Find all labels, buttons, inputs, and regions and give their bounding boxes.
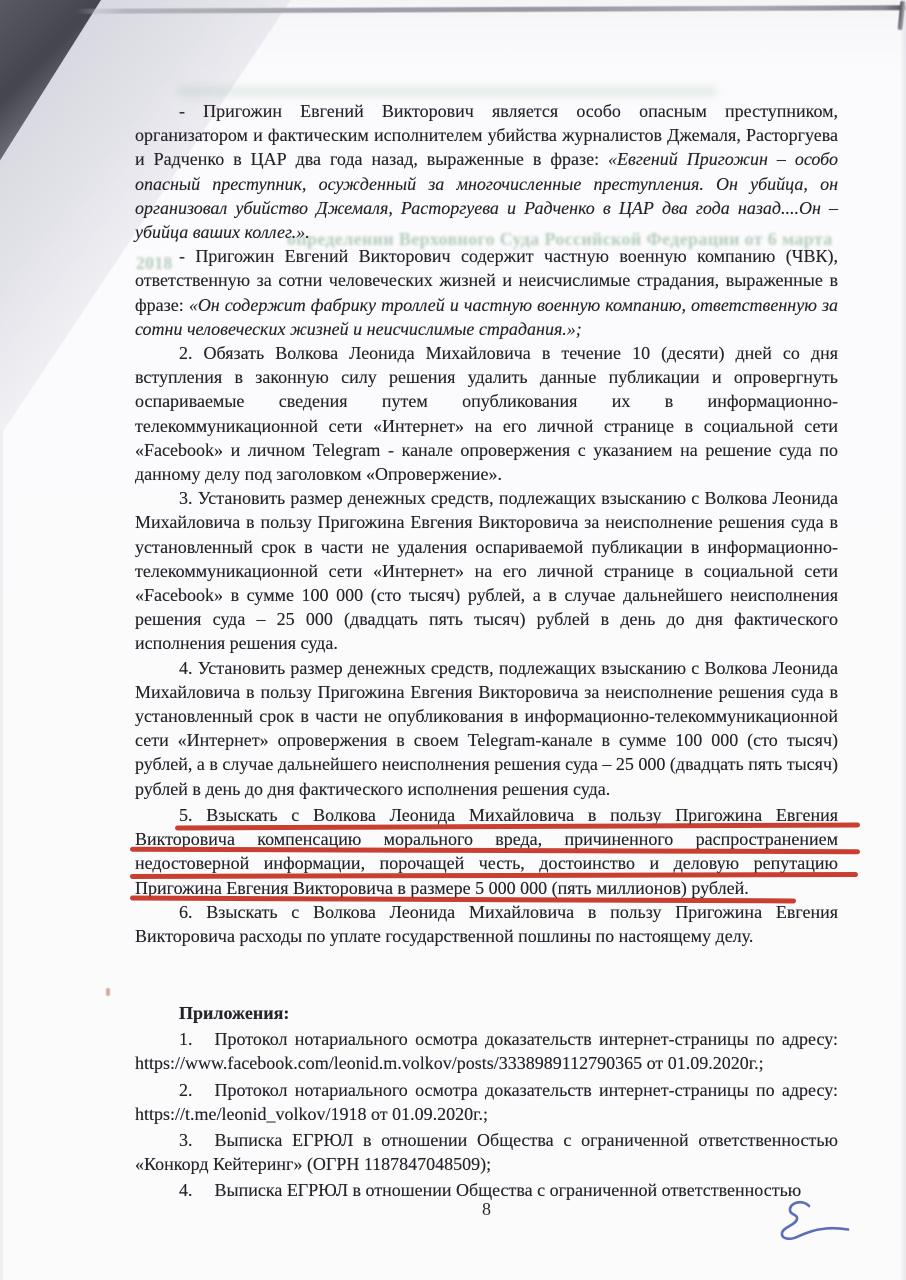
text-segment: Протокол нотариального осмотра доказател… [135,1080,838,1124]
scan-left-edge-shadow [0,430,3,1280]
text-segment: 6. Взыскать с Волкова Леонида Михайлович… [135,902,838,946]
paragraph-claim-murder: - Пригожин Евгений Викторович является о… [135,99,838,244]
paragraph-order-4: 4. Установить размер денежных средств, п… [135,656,838,801]
document-body: - Пригожин Евгений Викторович является о… [135,0,838,1280]
text-segment: 2. Обязать Волкова Леонида Михайловича в… [135,343,838,484]
document-claims-and-orders: - Пригожин Евгений Викторович является о… [135,99,838,801]
attachment-item-1: 1.Протокол нотариального осмотра доказат… [135,1027,838,1075]
signature-mark [757,1194,852,1254]
page-number: 8 [135,1197,838,1221]
signature-stroke [782,1202,848,1239]
order-5-line: недостоверной информации, порочащей чест… [135,851,838,875]
document-orders-5-6: 5. Взыскать с Волкова Леонида Михайлович… [135,803,838,948]
scan-speck [106,988,110,996]
paragraph-order-3: 3. Установить размер денежных средств, п… [135,486,838,655]
attachments-section: Приложения: 1.Протокол нотариального осм… [135,1001,838,1203]
text-segment: 2. [179,1080,193,1100]
attachment-item-3: 3.Выписка ЕГРЮЛ в отношении Общества с о… [135,1128,838,1176]
order-5-line: Викторовича компенсацию морального вреда… [135,827,838,851]
scanned-page: определении Верховного Суда Российской Ф… [0,0,906,1280]
text-segment: 3. Установить размер денежных средств, п… [135,488,838,653]
order-5-line: Пригожина Евгения Викторовича в размере … [135,876,838,900]
text-segment: Протокол нотариального осмотра доказател… [135,1029,838,1073]
paragraph-order-2: 2. Обязать Волкова Леонида Михайловича в… [135,341,838,486]
attachment-item-2: 2.Протокол нотариального осмотра доказат… [135,1078,838,1126]
paragraph-claim-pmc: - Пригожин Евгений Викторович содержит ч… [135,244,838,341]
order-5-line: 5. Взыскать с Волкова Леонида Михайлович… [135,803,838,827]
text-segment: «Он содержит фабрику троллей и частную в… [135,295,838,339]
text-segment: 1. [179,1029,193,1049]
paragraph-order-5-underlined: 5. Взыскать с Волкова Леонида Михайлович… [135,803,838,900]
text-segment: 3. [179,1130,193,1150]
paragraph-order-6: 6. Взыскать с Волкова Леонида Михайлович… [135,900,838,948]
scan-right-edge-shadow [900,0,906,1280]
text-segment: 4. Установить размер денежных средств, п… [135,658,838,799]
attachments-heading: Приложения: [135,1001,838,1025]
text-segment: Выписка ЕГРЮЛ в отношении Общества с огр… [135,1130,838,1174]
